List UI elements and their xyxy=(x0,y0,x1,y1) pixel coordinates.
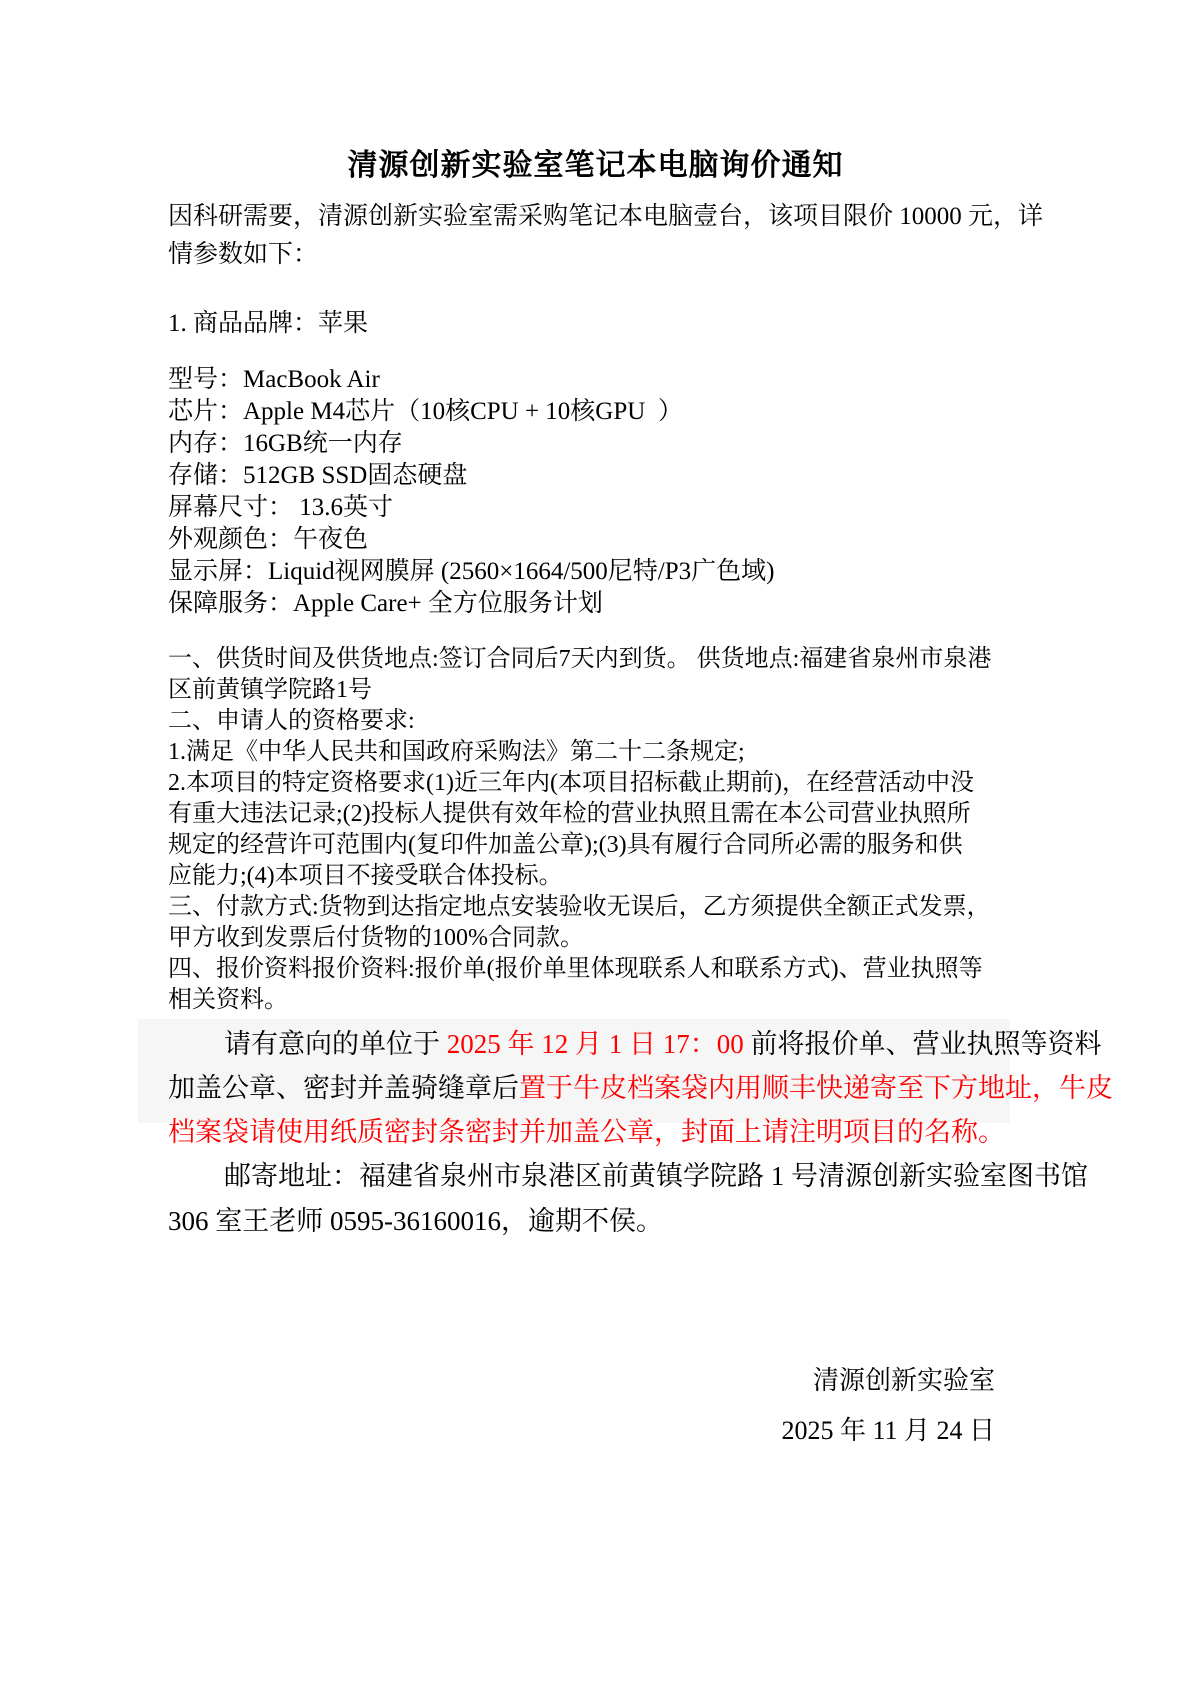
spec-list: 型号：MacBook Air芯片：Apple M4芯片（10核CPU + 10核… xyxy=(168,364,1023,620)
red-text-segment: 2025 年 12 月 1 日 17：00 xyxy=(447,1029,744,1059)
text-line: 三、付款方式:货物到达指定地点安装验收无误后，乙方须提供全额正式发票， xyxy=(168,892,1023,923)
text-line: 屏幕尺寸： 13.6英寸 xyxy=(168,492,1023,524)
intro-paragraph: 因科研需要，清源创新实验室需采购笔记本电脑壹台，该项目限价 10000 元，详情… xyxy=(168,198,1023,274)
page-title: 清源创新实验室笔记本电脑询价通知 xyxy=(168,146,1023,186)
text-line: 四、报价资料报价资料:报价单(报价单里体现联系人和联系方式)、营业执照等 xyxy=(168,954,1023,985)
text-segment: 306 室王老师 0595-36160016，逾期不侯。 xyxy=(168,1206,663,1236)
text-line: 外观颜色：午夜色 xyxy=(168,524,1023,556)
text-line: 芯片：Apple M4芯片（10核CPU + 10核GPU ） xyxy=(168,396,1023,428)
notice-lines: 请有意向的单位于 2025 年 12 月 1 日 17：00 前将报价单、营业执… xyxy=(168,1022,1023,1154)
text-line: 邮寄地址：福建省泉州市泉港区前黄镇学院路 1 号清源创新实验室图书馆 xyxy=(168,1154,1023,1199)
text-line: 存储：512GB SSD固态硬盘 xyxy=(168,460,1023,492)
text-segment: 请有意向的单位于 xyxy=(224,1029,447,1059)
text-line: 应能力;(4)本项目不接受联合体投标。 xyxy=(168,861,1023,892)
text-line: 请有意向的单位于 2025 年 12 月 1 日 17：00 前将报价单、营业执… xyxy=(168,1022,1023,1066)
text-line: 区前黄镇学院路1号 xyxy=(168,675,1023,706)
text-line: 因科研需要，清源创新实验室需采购笔记本电脑壹台，该项目限价 10000 元，详 xyxy=(168,198,1023,236)
document-content: 清源创新实验室笔记本电脑询价通知 因科研需要，清源创新实验室需采购笔记本电脑壹台… xyxy=(168,0,1023,1456)
text-line: 306 室王老师 0595-36160016，逾期不侯。 xyxy=(168,1199,1023,1244)
text-line: 保障服务：Apple Care+ 全方位服务计划 xyxy=(168,588,1023,620)
text-line: 二、申请人的资格要求: xyxy=(168,706,1023,737)
brand-line: 1. 商品品牌：苹果 xyxy=(168,308,1023,340)
text-line: 1.满足《中华人民共和国政府采购法》第二十二条规定; xyxy=(168,737,1023,768)
text-line: 规定的经营许可范围内(复印件加盖公章);(3)具有履行合同所必需的服务和供 xyxy=(168,830,1023,861)
text-segment: 前将报价单、营业执照等资料 xyxy=(744,1029,1102,1059)
notice-paragraph: 请有意向的单位于 2025 年 12 月 1 日 17：00 前将报价单、营业执… xyxy=(168,1022,1023,1154)
text-line: 一、供货时间及供货地点:签订合同后7天内到货。 供货地点:福建省泉州市泉港 xyxy=(168,644,1023,675)
terms-list: 一、供货时间及供货地点:签订合同后7天内到货。 供货地点:福建省泉州市泉港区前黄… xyxy=(168,644,1023,1016)
text-segment: 加盖公章、密封并盖骑缝章后 xyxy=(168,1073,519,1103)
red-text-segment: 置于牛皮档案袋内用顺丰快递寄至下方地址，牛皮 xyxy=(519,1073,1113,1103)
mailing-address-paragraph: 邮寄地址：福建省泉州市泉港区前黄镇学院路 1 号清源创新实验室图书馆306 室王… xyxy=(168,1154,1023,1244)
document-page: 清源创新实验室笔记本电脑询价通知 因科研需要，清源创新实验室需采购笔记本电脑壹台… xyxy=(0,0,1191,1684)
text-segment: 邮寄地址：福建省泉州市泉港区前黄镇学院路 1 号清源创新实验室图书馆 xyxy=(224,1161,1088,1191)
text-line: 甲方收到发票后付货物的100%合同款。 xyxy=(168,923,1023,954)
red-text-segment: 档案袋请使用纸质密封条密封并加盖公章，封面上请注明项目的名称。 xyxy=(168,1117,1005,1147)
signature-block: 清源创新实验室 2025 年 11 月 24 日 xyxy=(168,1356,1023,1456)
text-line: 情参数如下： xyxy=(168,236,1023,274)
text-line: 加盖公章、密封并盖骑缝章后置于牛皮档案袋内用顺丰快递寄至下方地址，牛皮 xyxy=(168,1066,1023,1110)
text-line: 档案袋请使用纸质密封条密封并加盖公章，封面上请注明项目的名称。 xyxy=(168,1110,1023,1154)
text-line: 相关资料。 xyxy=(168,985,1023,1016)
signature-date: 2025 年 11 月 24 日 xyxy=(168,1406,995,1456)
text-line: 2.本项目的特定资格要求(1)近三年内(本项目招标截止期前)，在经营活动中没 xyxy=(168,768,1023,799)
signature-org: 清源创新实验室 xyxy=(168,1356,995,1406)
text-line: 有重大违法记录;(2)投标人提供有效年检的营业执照且需在本公司营业执照所 xyxy=(168,799,1023,830)
text-line: 显示屏：Liquid视网膜屏 (2560×1664/500尼特/P3广色域) xyxy=(168,556,1023,588)
text-line: 内存：16GB统一内存 xyxy=(168,428,1023,460)
text-line: 型号：MacBook Air xyxy=(168,364,1023,396)
